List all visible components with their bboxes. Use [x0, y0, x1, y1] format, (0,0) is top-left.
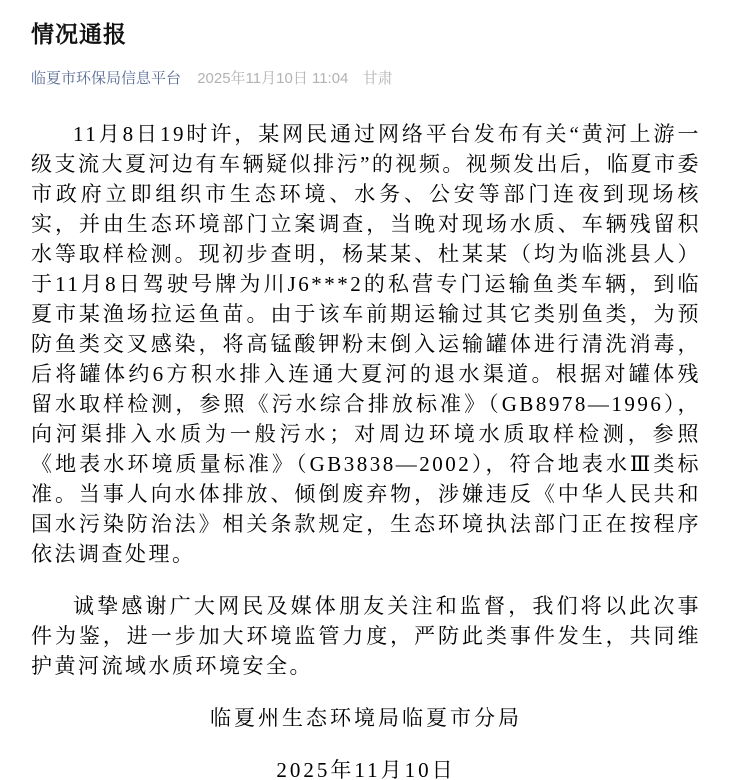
signature-date: 2025年11月10日 [31, 755, 701, 780]
page-title: 情况通报 [31, 16, 701, 49]
signature-agency: 临夏州生态环境局临夏市分局 [31, 703, 701, 733]
account-name-link[interactable]: 临夏市环保局信息平台 [31, 70, 181, 87]
paragraph-incident: 11月8日19时许，某网民通过网络平台发布有关“黄河上游一级支流大夏河边有车辆疑… [31, 119, 701, 569]
article-content: 11月8日19时许，某网民通过网络平台发布有关“黄河上游一级支流大夏河边有车辆疑… [31, 119, 701, 780]
publish-location: 甘肃 [363, 70, 393, 87]
paragraph-thanks: 诚挚感谢广大网民及媒体朋友关注和监督，我们将以此次事件为鉴，进一步加大环境监管力… [31, 591, 701, 681]
publish-datetime: 2025年11月10日 11:04 [197, 70, 348, 87]
byline: 临夏市环保局信息平台 2025年11月10日 11:04 甘肃 [31, 69, 701, 89]
article-page: 情况通报 临夏市环保局信息平台 2025年11月10日 11:04 甘肃 11月… [0, 0, 732, 780]
